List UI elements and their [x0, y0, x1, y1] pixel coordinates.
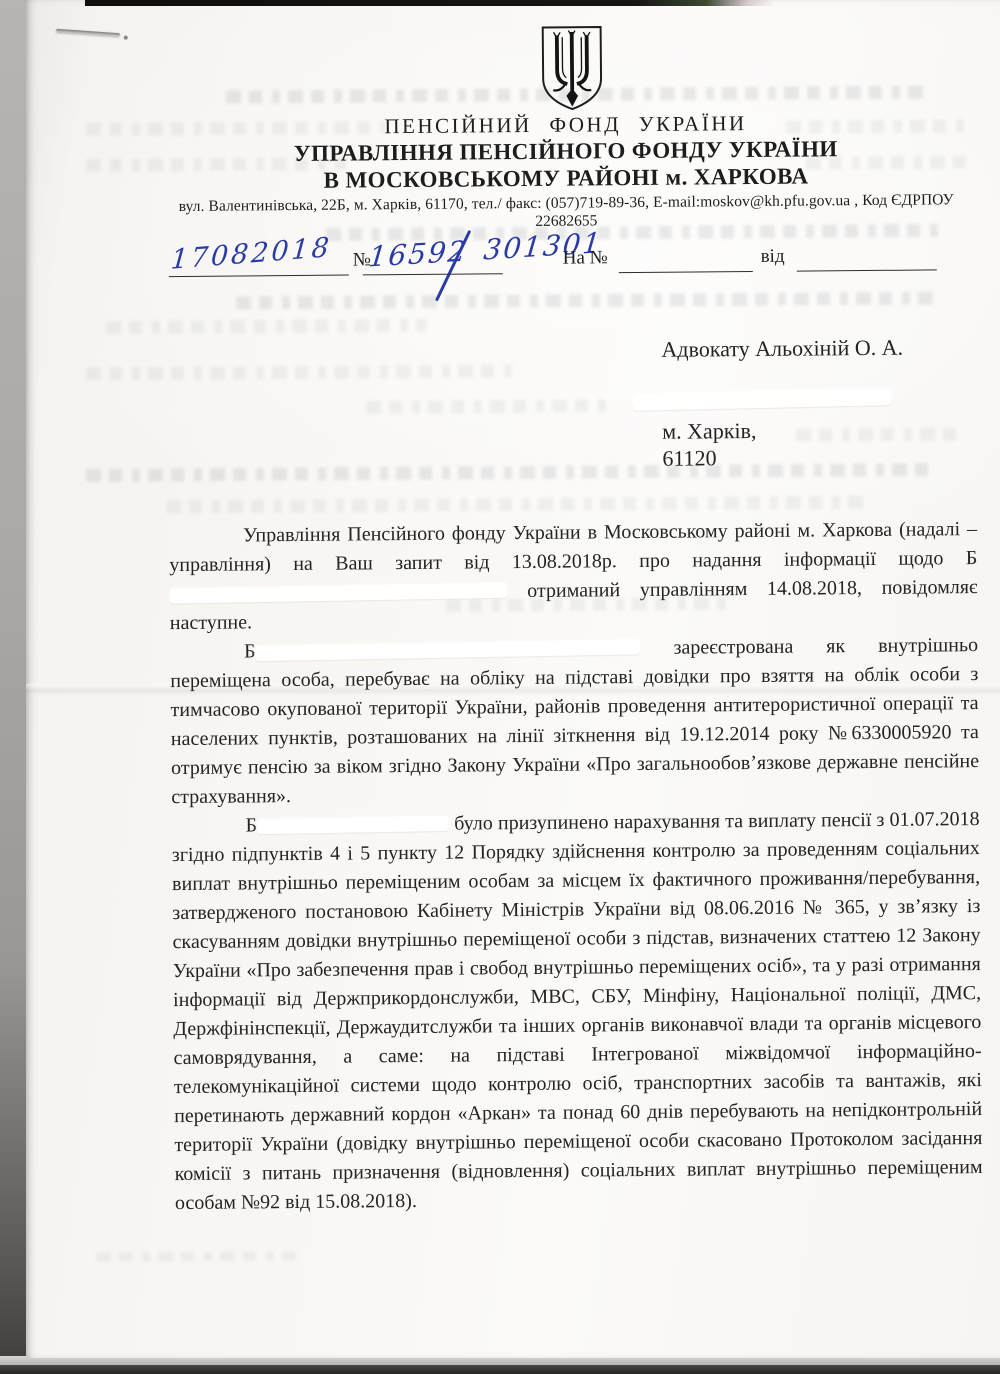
- body-paragraph: Б було призупинено нарахування та виплат…: [171, 805, 983, 1218]
- scanner-bottom-dark-band: [0, 1365, 1000, 1374]
- handwritten-date: 17082018: [170, 232, 333, 276]
- letter-content: ПЕНСІЙНИЙ ФОНД УКРАЇНИ УПРАВЛІННЯ ПЕНСІЙ…: [26, 0, 1000, 1358]
- letter-body: Управління Пенсійного фонду України в Мо…: [169, 515, 983, 1218]
- body-paragraph: Управління Пенсійного фонду України в Мо…: [169, 515, 978, 638]
- letter-paper: ПЕНСІЙНИЙ ФОНД УКРАЇНИ УПРАВЛІННЯ ПЕНСІЙ…: [26, 0, 1000, 1358]
- addressee-address-redaction: [632, 388, 892, 411]
- letterhead: ПЕНСІЙНИЙ ФОНД УКРАЇНИ УПРАВЛІННЯ ПЕНСІЙ…: [135, 109, 996, 235]
- addressee-city: м. Харків,: [662, 418, 756, 445]
- reply-to-underline: [619, 271, 753, 273]
- redaction-mark: [255, 639, 640, 661]
- from-date-underline: [797, 269, 937, 271]
- reply-to-label: На №: [563, 247, 608, 269]
- date-underline: [169, 275, 349, 278]
- redaction-mark: [257, 816, 449, 834]
- body-paragraph: Б зареєстрована як внутрішньо переміщена…: [170, 631, 979, 812]
- from-date-label: від: [761, 246, 785, 268]
- redaction-mark: [169, 583, 507, 604]
- scanner-bed-left-strip: [0, 0, 26, 1374]
- ukraine-trident-emblem-icon: [533, 25, 612, 112]
- number-underline: [363, 273, 503, 275]
- outgoing-number-left: 16592: [367, 234, 469, 273]
- addressee-name: Адвокату Альохіній О. А.: [661, 335, 903, 363]
- addressee-postal-code: 61120: [662, 445, 716, 471]
- scanned-letter-page: ПЕНСІЙНИЙ ФОНД УКРАЇНИ УПРАВЛІННЯ ПЕНСІЙ…: [0, 0, 1000, 1374]
